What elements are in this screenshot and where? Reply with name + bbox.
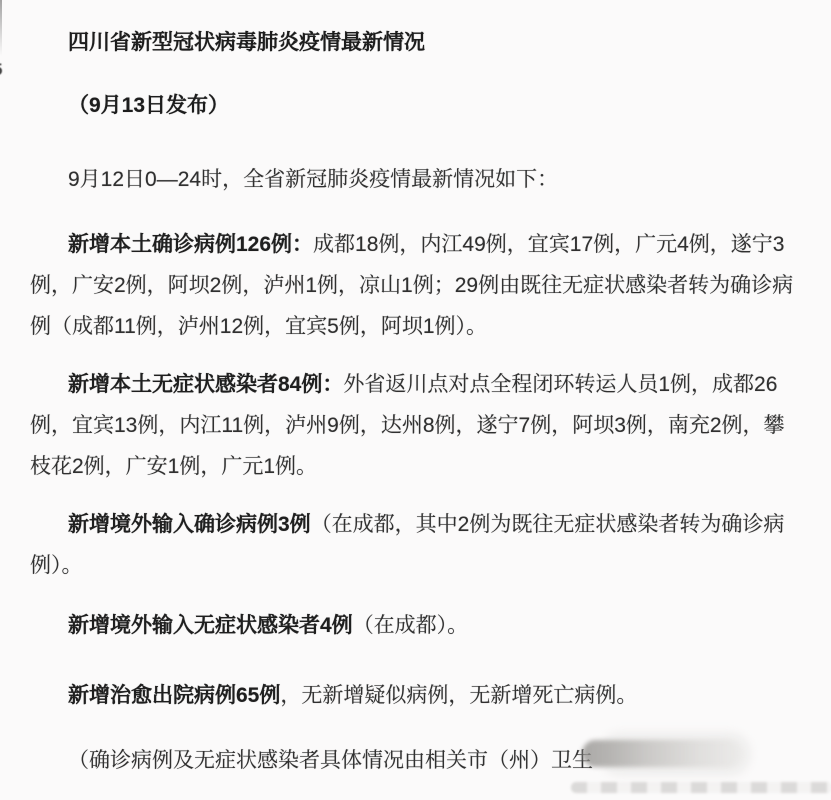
- article-body: 四川省新型冠状病毒肺炎疫情最新情况 （9月13日发布） 9月12日0—24时，全…: [0, 0, 831, 781]
- paragraph-imported-confirmed: 新增境外输入确诊病例3例（在成都，其中2例为既往无症状感染者转为确诊病例）。: [30, 504, 800, 586]
- paragraph-text: ，无新增疑似病例，无新增死亡病例。: [280, 684, 637, 707]
- paragraph-recovered-discharged: 新增治愈出院病例65例，无新增疑似病例，无新增死亡病例。: [30, 675, 800, 716]
- intro-line: 9月12日0—24时，全省新冠肺炎疫情最新情况如下：: [30, 159, 800, 200]
- eraser-smudge-bottom-streak: [571, 782, 831, 793]
- left-edge-line-artifact: [0, 0, 2, 56]
- release-date-line: （9月13日发布）: [30, 85, 800, 126]
- paragraph-local-confirmed: 新增本土确诊病例126例：成都18例，内江49例，宜宾17例，广元4例，遂宁3例…: [30, 224, 800, 347]
- article-title: 四川省新型冠状病毒肺炎疫情最新情况: [30, 22, 800, 63]
- paragraph-lead: 新增本土确诊病例126例：: [68, 233, 313, 256]
- document-page: 5 四川省新型冠状病毒肺炎疫情最新情况 （9月13日发布） 9月12日0—24时…: [0, 0, 831, 800]
- paragraph-imported-asymptomatic: 新增境外输入无症状感染者4例（在成都）。: [30, 605, 800, 646]
- paragraph-text: （在成都）。: [353, 614, 469, 637]
- paragraph-lead: 新增境外输入确诊病例3例: [68, 513, 311, 536]
- paragraph-text: （确诊病例及无症状感染者具体情况由相关市（州）卫生: [68, 749, 593, 772]
- paragraph-local-asymptomatic: 新增本土无症状感染者84例：外省返川点对点全程闭环转运人员1例，成都26例，宜宾…: [30, 364, 800, 487]
- paragraph-lead: 新增境外输入无症状感染者4例: [68, 614, 353, 637]
- eraser-smudge-overlay: [582, 740, 740, 767]
- left-edge-glyph-artifact: 5: [0, 60, 2, 80]
- paragraph-lead: 新增本土无症状感染者84例：: [68, 373, 343, 396]
- paragraph-lead: 新增治愈出院病例65例: [68, 684, 280, 707]
